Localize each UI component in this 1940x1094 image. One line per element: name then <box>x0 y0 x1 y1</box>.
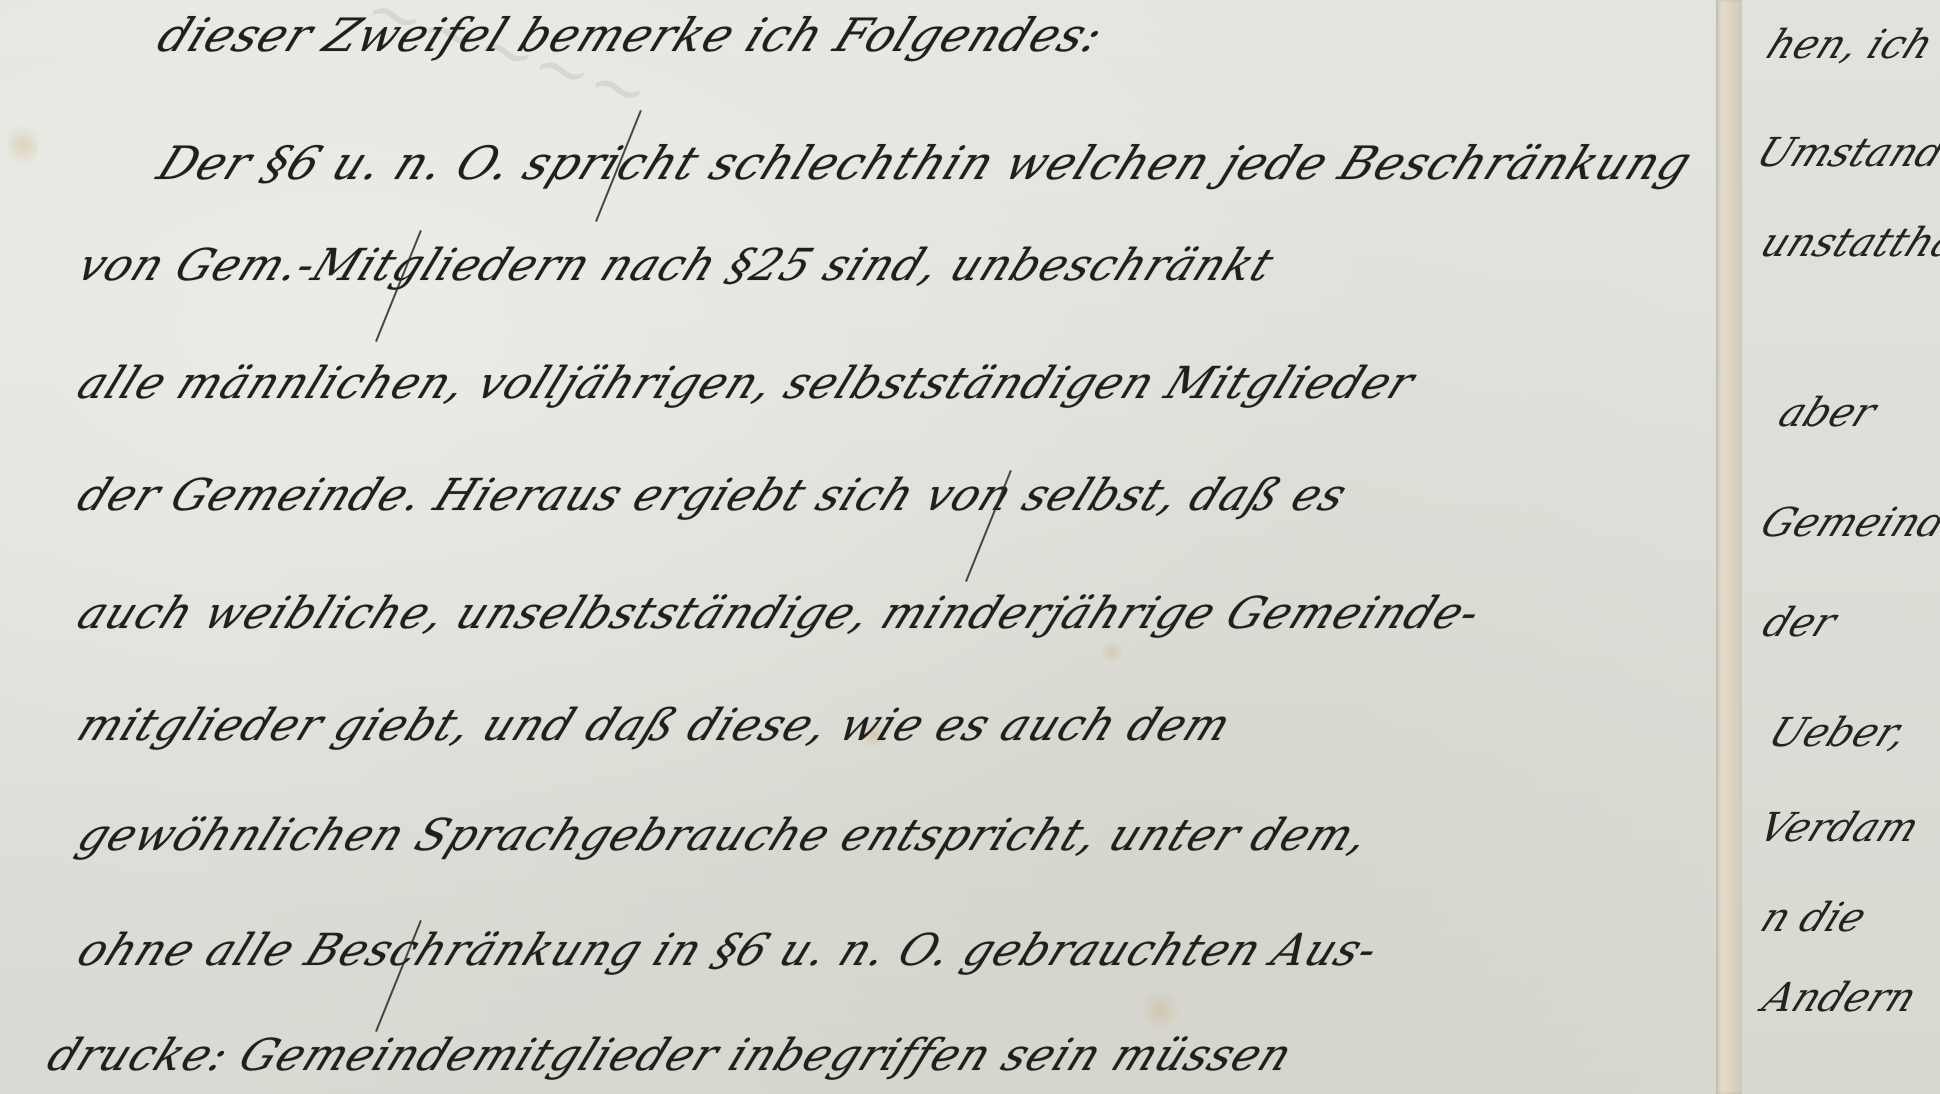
text-line-6: auch weibliche, unselbstständige, minder… <box>70 588 1489 639</box>
fragment-line-8: Verdam <box>1752 805 1926 851</box>
fragment-line-2: Umstandes <box>1750 130 1940 176</box>
fragment-line-5: Gemeinde <box>1754 500 1940 546</box>
fragment-line-1: hen, ich <box>1760 22 1940 68</box>
fragment-line-7: Ueber, <box>1762 710 1915 756</box>
page-edge <box>1716 0 1742 1094</box>
text-line-7: mitglieder giebt, und daß diese, wie es … <box>70 700 1239 751</box>
paper-stain <box>1140 990 1180 1030</box>
text-line-1: dieser Zweifel bemerke ich Folgendes: <box>150 8 1112 62</box>
text-line-9: ohne alle Beschränkung in §6 u. n. O. ge… <box>70 925 1386 976</box>
fragment-line-3: unstatthaft <box>1754 220 1940 266</box>
fragment-line-10: Andern <box>1756 975 1923 1021</box>
fragment-line-6: der <box>1756 600 1843 646</box>
paper-stain <box>1100 640 1124 664</box>
paper-stain <box>8 120 38 170</box>
text-line-4: alle männlichen, volljährigen, selbststä… <box>70 358 1423 409</box>
text-line-5: der Gemeinde. Hieraus ergiebt sich von s… <box>70 470 1355 521</box>
text-line-3: von Gem.-Mitgliedern nach §25 sind, unbe… <box>70 240 1282 291</box>
text-line-2: Der §6 u. n. O. spricht schlechthin welc… <box>150 136 1701 190</box>
fragment-line-4: aber <box>1772 390 1883 436</box>
main-page: ~~~~~ dieser Zweifel bemerke ich Folgend… <box>0 0 1716 1094</box>
right-page: hen, ich Umstandes unstatthaft aber Geme… <box>1742 0 1940 1094</box>
manuscript-photo: ~~~~~ dieser Zweifel bemerke ich Folgend… <box>0 0 1940 1094</box>
text-line-8: gewöhnlichen Sprachgebrauche entspricht,… <box>70 810 1378 861</box>
fragment-line-9: n die <box>1754 895 1873 941</box>
text-line-10: drucke: Gemeindemitglieder inbegriffen s… <box>40 1030 1300 1081</box>
